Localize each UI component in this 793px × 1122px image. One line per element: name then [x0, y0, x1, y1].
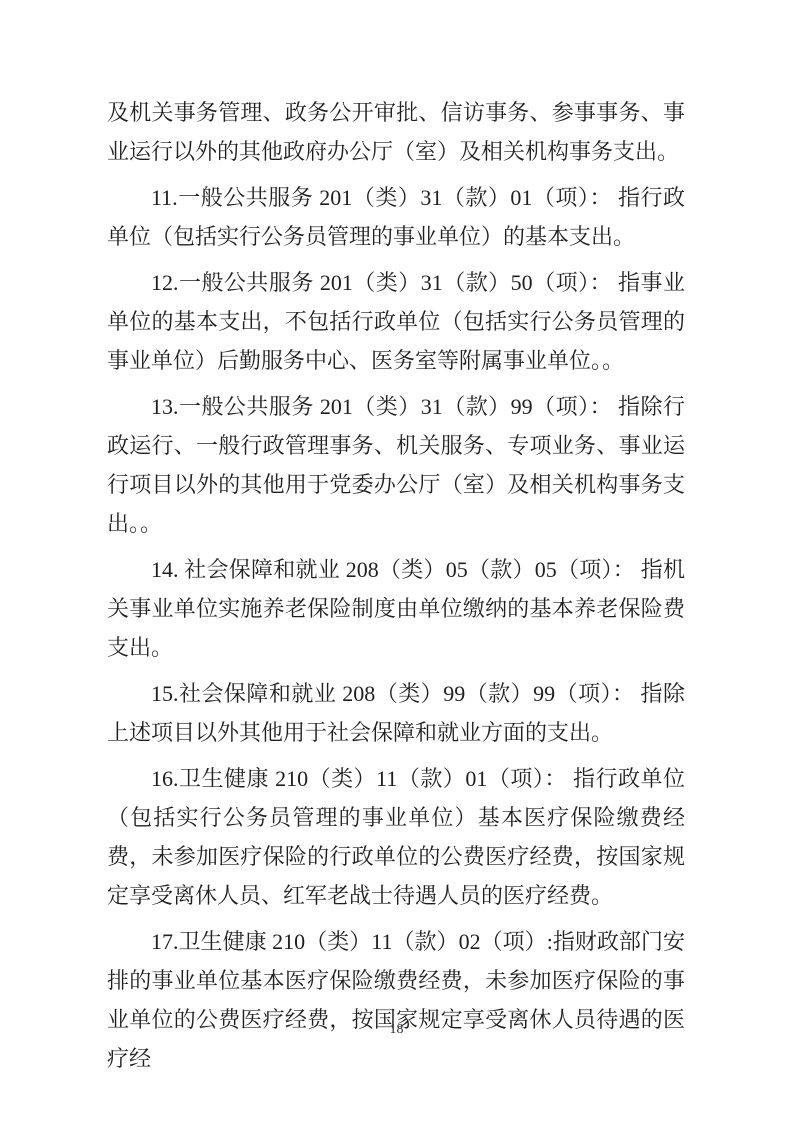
document-body: 及机关事务管理、政务公开审批、信访事务、参事事务、事业运行以外的其他政府办公厅（…: [107, 93, 685, 1085]
document-page: 及机关事务管理、政务公开审批、信访事务、参事事务、事业运行以外的其他政府办公厅（…: [0, 0, 793, 1122]
paragraph-item-17: 17.卫生健康 210（类）11（款）02（项）:指财政部门安排的事业单位基本医…: [107, 922, 685, 1078]
paragraph-item-16: 16.卫生健康 210（类）11（款）01（项）： 指行政单位（包括实行公务员管…: [107, 759, 685, 915]
paragraph-continuation: 及机关事务管理、政务公开审批、信访事务、参事事务、事业运行以外的其他政府办公厅（…: [107, 93, 685, 171]
paragraph-item-12: 12.一般公共服务 201（类）31（款）50（项）： 指事业单位的基本支出，不…: [107, 263, 685, 380]
paragraph-item-11: 11.一般公共服务 201（类）31（款）01（项）： 指行政单位（包括实行公务…: [107, 178, 685, 256]
paragraph-item-15: 15.社会保障和就业 208（类）99（款）99（项）： 指除上述项目以外其他用…: [107, 674, 685, 752]
page-number: 18: [0, 1022, 793, 1038]
paragraph-item-14: 14. 社会保障和就业 208（类）05（款）05（项）： 指机关事业单位实施养…: [107, 550, 685, 667]
paragraph-item-13: 13.一般公共服务 201（类）31（款）99（项）： 指除行政运行、一般行政管…: [107, 387, 685, 543]
